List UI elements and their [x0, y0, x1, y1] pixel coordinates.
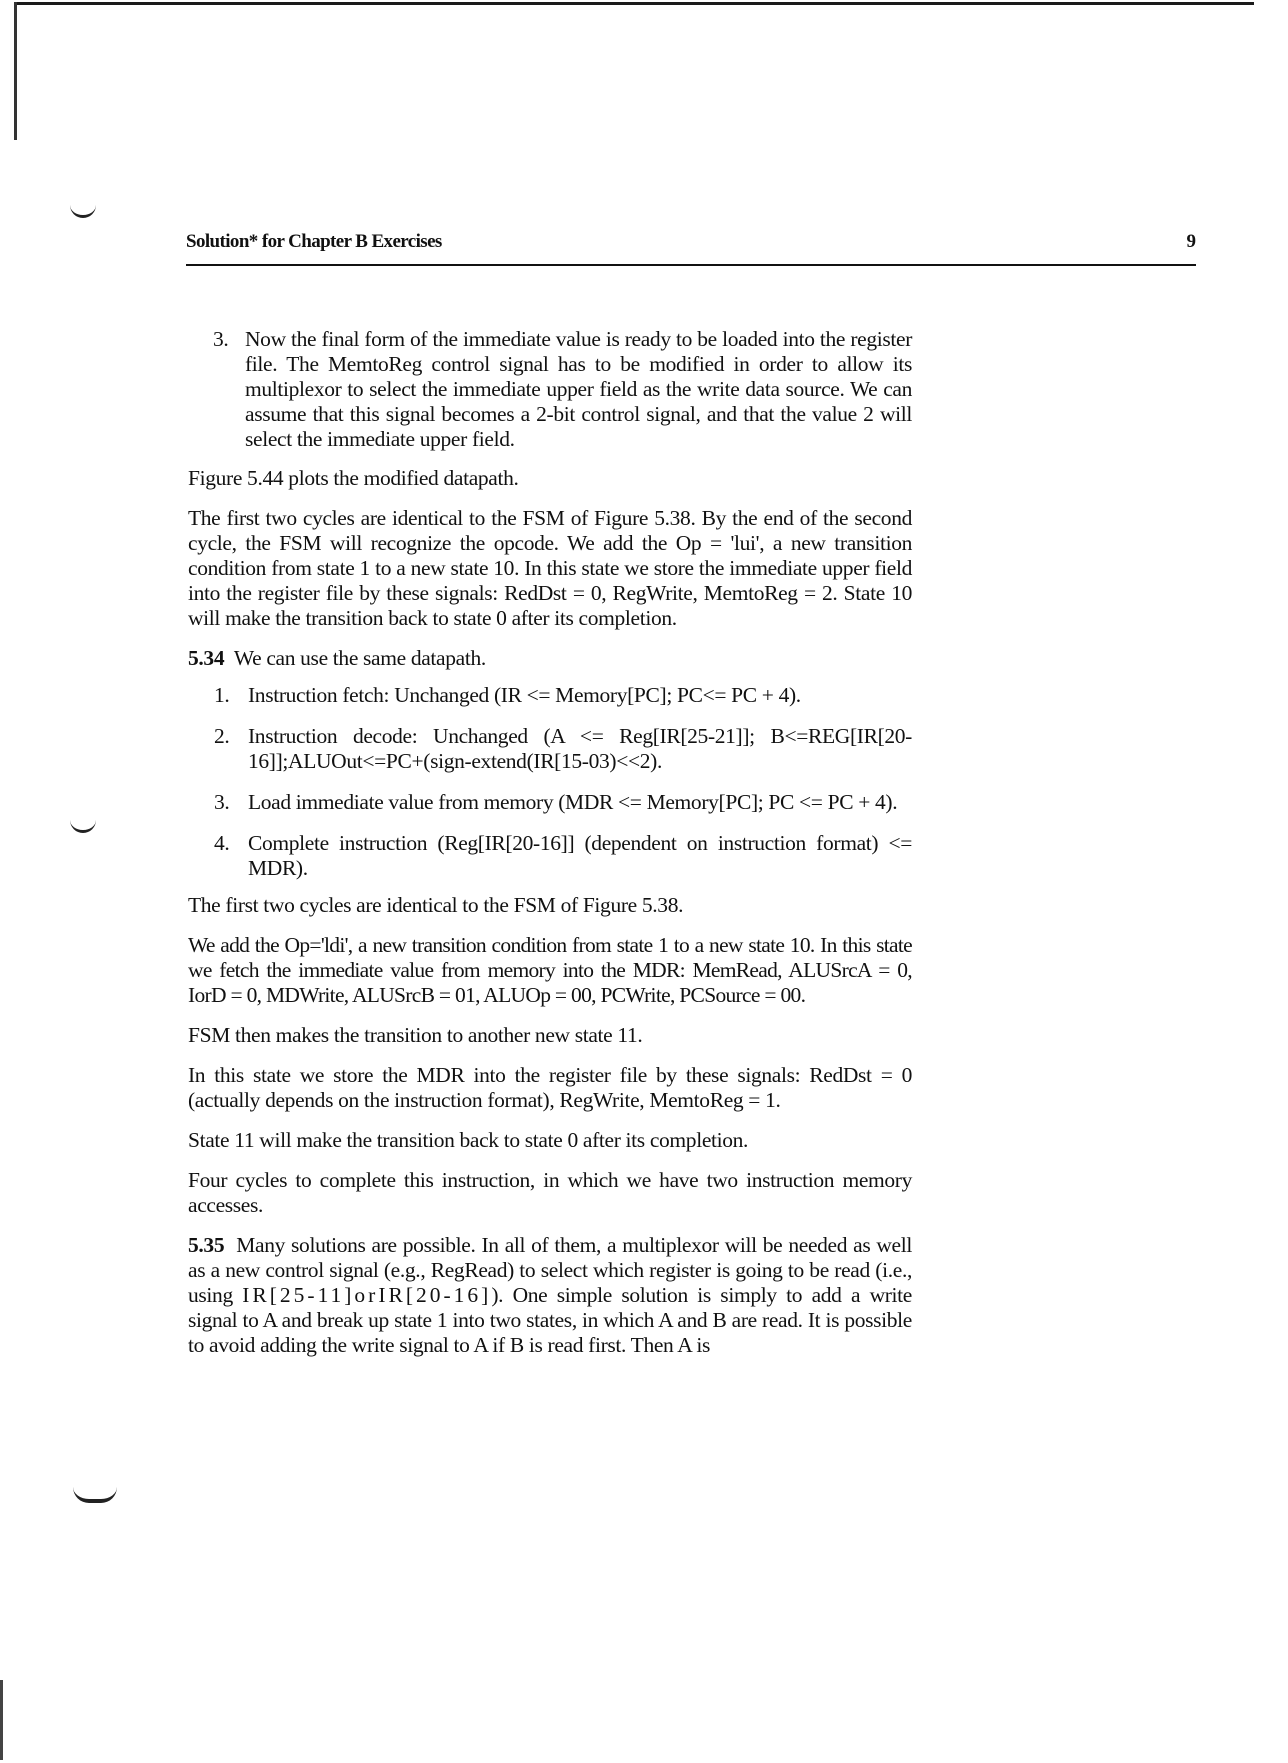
- paragraph: In this state we store the MDR into the …: [188, 1063, 912, 1113]
- list-item: 4. Complete instruction (Reg[IR[20-16]] …: [188, 831, 912, 881]
- list-item: 2. Instruction decode: Unchanged (A <= R…: [188, 724, 912, 774]
- header-title: Solution* for Chapter B Exercises: [186, 231, 442, 253]
- list-number: 4.: [214, 831, 229, 856]
- section-label: 5.35: [188, 1233, 224, 1257]
- binding-mark: [73, 1487, 117, 1503]
- list-text: Instruction fetch: Unchanged (IR <= Memo…: [248, 683, 801, 707]
- binding-mark: [70, 820, 96, 833]
- paragraph: Four cycles to complete this instruction…: [188, 1168, 912, 1218]
- list-text: Complete instruction (Reg[IR[20-16]] (de…: [248, 831, 912, 880]
- running-header: Solution* for Chapter B Exercises 9: [186, 231, 1196, 267]
- paragraph: FSM then makes the transition to another…: [188, 1023, 912, 1048]
- section-535: 5.35 Many solutions are possible. In all…: [188, 1233, 912, 1358]
- scan-bottom-left-border: [0, 1680, 3, 1760]
- list-text: Instruction decode: Unchanged (A <= Reg[…: [248, 724, 912, 773]
- list-item: 3. Now the final form of the immediate v…: [188, 327, 912, 452]
- header-rule: [186, 264, 1196, 266]
- paragraph: We add the Op='ldi', a new transition co…: [188, 933, 912, 1008]
- list-number: 3.: [213, 327, 228, 352]
- scan-left-border: [14, 2, 17, 140]
- paragraph: The first two cycles are identical to th…: [188, 893, 912, 918]
- page-body: 3. Now the final form of the immediate v…: [188, 327, 912, 1373]
- list-number: 3.: [214, 790, 229, 815]
- list-text: Now the final form of the immediate valu…: [245, 327, 912, 451]
- page-number: 9: [1187, 231, 1197, 253]
- section-intro-text: We can use the same datapath.: [234, 646, 486, 670]
- step-list: 1. Instruction fetch: Unchanged (IR <= M…: [188, 683, 912, 881]
- paragraph: Figure 5.44 plots the modified datapath.: [188, 466, 912, 491]
- paragraph: The first two cycles are identical to th…: [188, 506, 912, 631]
- section-label: 5.34: [188, 646, 224, 670]
- list-item: 3. Load immediate value from memory (MDR…: [188, 790, 912, 815]
- list-number: 1.: [214, 683, 229, 708]
- list-item: 1. Instruction fetch: Unchanged (IR <= M…: [188, 683, 912, 708]
- binding-mark: [70, 205, 96, 218]
- scan-top-border: [14, 2, 1254, 5]
- list-number: 2.: [214, 724, 229, 749]
- paragraph: State 11 will make the transition back t…: [188, 1128, 912, 1153]
- list-text: Load immediate value from memory (MDR <=…: [248, 790, 897, 814]
- register-field-code: IR[25-11]orIR[20-16]: [242, 1283, 491, 1307]
- section-534-intro: 5.34 We can use the same datapath.: [188, 646, 912, 671]
